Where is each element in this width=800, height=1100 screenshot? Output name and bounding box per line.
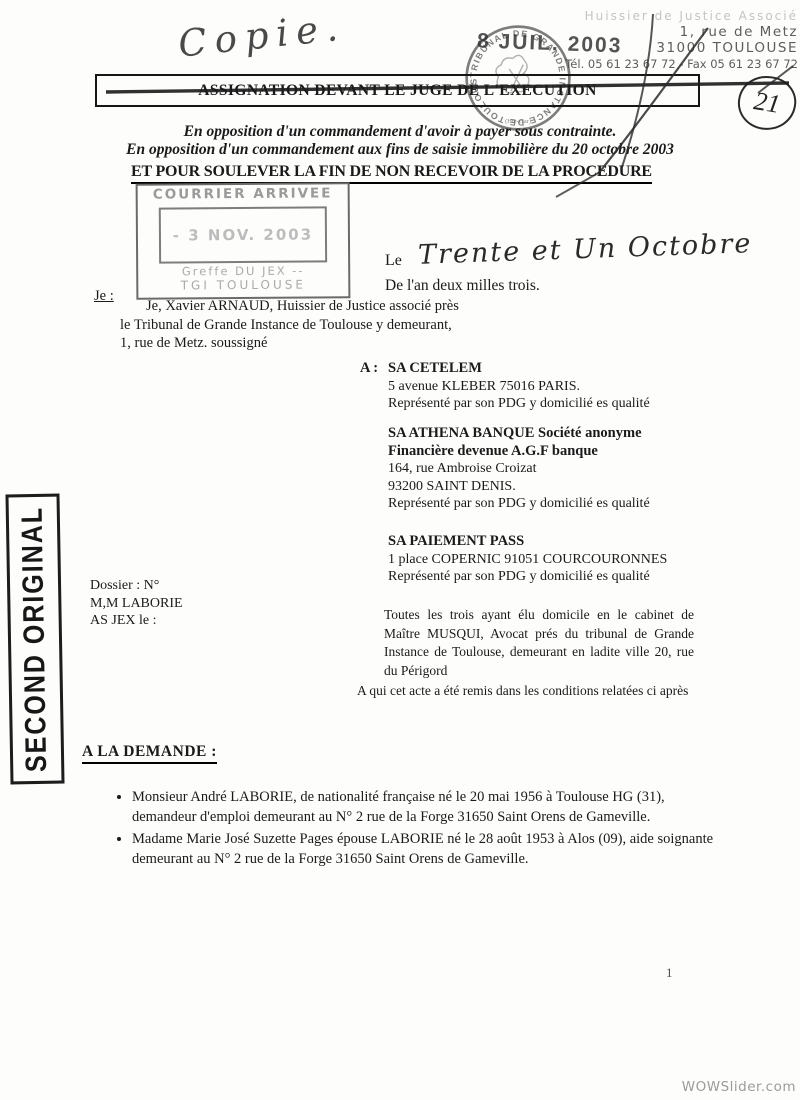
subtitle-line-2: En opposition d'un commandement aux fins… (55, 141, 745, 159)
arrival-stamp-box: COURRIER ARRIVEE - 3 NOV. 2003 Greffe DU… (136, 182, 351, 299)
second-original-text: SECOND ORIGINAL (16, 506, 55, 773)
arrival-stamp-office: Greffe DU JEX -- (138, 263, 348, 278)
recipient-rep: Représenté par son PDG y domicilié es qu… (388, 495, 718, 513)
recipient-rep: Représenté par son PDG y domicilié es qu… (388, 395, 718, 413)
recipient-name: SA ATHENA BANQUE Société anonyme (388, 425, 718, 443)
handwritten-copy-note: Copie. (176, 5, 347, 65)
dossier-asjex-line: AS JEX le : (90, 612, 183, 630)
circled-number-text: 21 (752, 86, 782, 120)
recipient-name: SA CETELEM (388, 360, 718, 378)
recipient-rep: Représenté par son PDG y domicilié es qu… (388, 568, 718, 586)
recipient-name: SA PAIEMENT PASS (388, 533, 718, 551)
date-le-label: Le (385, 252, 402, 270)
recipient-block-cetelem: SA CETELEM 5 avenue KLEBER 75016 PARIS. … (388, 360, 718, 413)
recipient-address: 1 place COPERNIC 91051 COURCOURONNES (388, 551, 718, 569)
recipient-address-2: 93200 SAINT DENIS. (388, 478, 718, 496)
document-page: Copie. Huissier de Justice Associé 1, ru… (0, 0, 800, 1100)
stamp-date: 8 JUIL. 2003 (477, 29, 623, 58)
date-year-line: De l'an deux milles trois. (385, 277, 540, 295)
domicile-paragraph: Toutes les trois ayant élu domicile en l… (384, 606, 694, 680)
recipient-address: 5 avenue KLEBER 75016 PARIS. (388, 378, 718, 396)
bailiff-paragraph: Je, Xavier ARNAUD, Huissier de Justice a… (120, 297, 460, 353)
sender-phone-fax: Tél. 05 61 23 67 72 - Fax 05 61 23 67 72 (548, 56, 798, 72)
bailiff-line-1: Je, Xavier ARNAUD, Huissier de Justice a… (120, 297, 460, 316)
sender-faded-line: Huissier de Justice Associé (548, 8, 798, 24)
secondary-heading: ET POUR SOULEVER LA FIN DE NON RECEVOIR … (131, 163, 652, 184)
subtitle-line-1: En opposition d'un commandement d'avoir … (55, 123, 745, 141)
remise-line: A qui cet acte a été remis dans les cond… (357, 683, 688, 699)
dossier-number-line: Dossier : N° (90, 577, 183, 595)
second-original-stamp: SECOND ORIGINAL (5, 494, 64, 785)
bailiff-line-3: 1, rue de Metz. soussigné (120, 334, 460, 353)
page-number: 1 (666, 965, 673, 981)
recipient-a-label: A : (360, 360, 378, 377)
demande-bullet-1: Monsieur André LABORIE, de nationalité f… (132, 788, 731, 827)
je-label: Je : (94, 288, 114, 305)
demande-bullet-2: Madame Marie José Suzette Pages épouse L… (132, 830, 731, 869)
handwritten-date: Trente et Un Octobre (418, 228, 753, 271)
arrival-stamp-court: TGI TOULOUSE (138, 277, 348, 292)
demande-heading: A LA DEMANDE : (82, 743, 217, 764)
main-title-box: ASSIGNATION DEVANT LE JUGE DE L'EXECUTIO… (95, 74, 700, 107)
arrival-stamp-date: - 3 NOV. 2003 (173, 226, 313, 245)
recipient-address: 164, rue Ambroise Croizat (388, 460, 718, 478)
recipient-block-paiement-pass: SA PAIEMENT PASS 1 place COPERNIC 91051 … (388, 533, 718, 586)
recipient-block-athena: SA ATHENA BANQUE Société anonyme Financi… (388, 425, 718, 513)
dossier-name-line: M,M LABORIE (90, 595, 183, 613)
arrival-stamp-title: COURRIER ARRIVEE (138, 185, 348, 202)
bailiff-line-2: le Tribunal de Grande Instance de Toulou… (120, 316, 460, 335)
arrival-stamp-date-box: - 3 NOV. 2003 (159, 206, 327, 263)
main-title: ASSIGNATION DEVANT LE JUGE DE L'EXECUTIO… (198, 82, 596, 100)
demande-bullet-list: Monsieur André LABORIE, de nationalité f… (103, 788, 731, 872)
recipient-name-2: Financière devenue A.G.F banque (388, 443, 718, 461)
watermark-link[interactable]: WOWSlider.com (682, 1079, 796, 1095)
dossier-block: Dossier : N° M,M LABORIE AS JEX le : (90, 577, 183, 630)
